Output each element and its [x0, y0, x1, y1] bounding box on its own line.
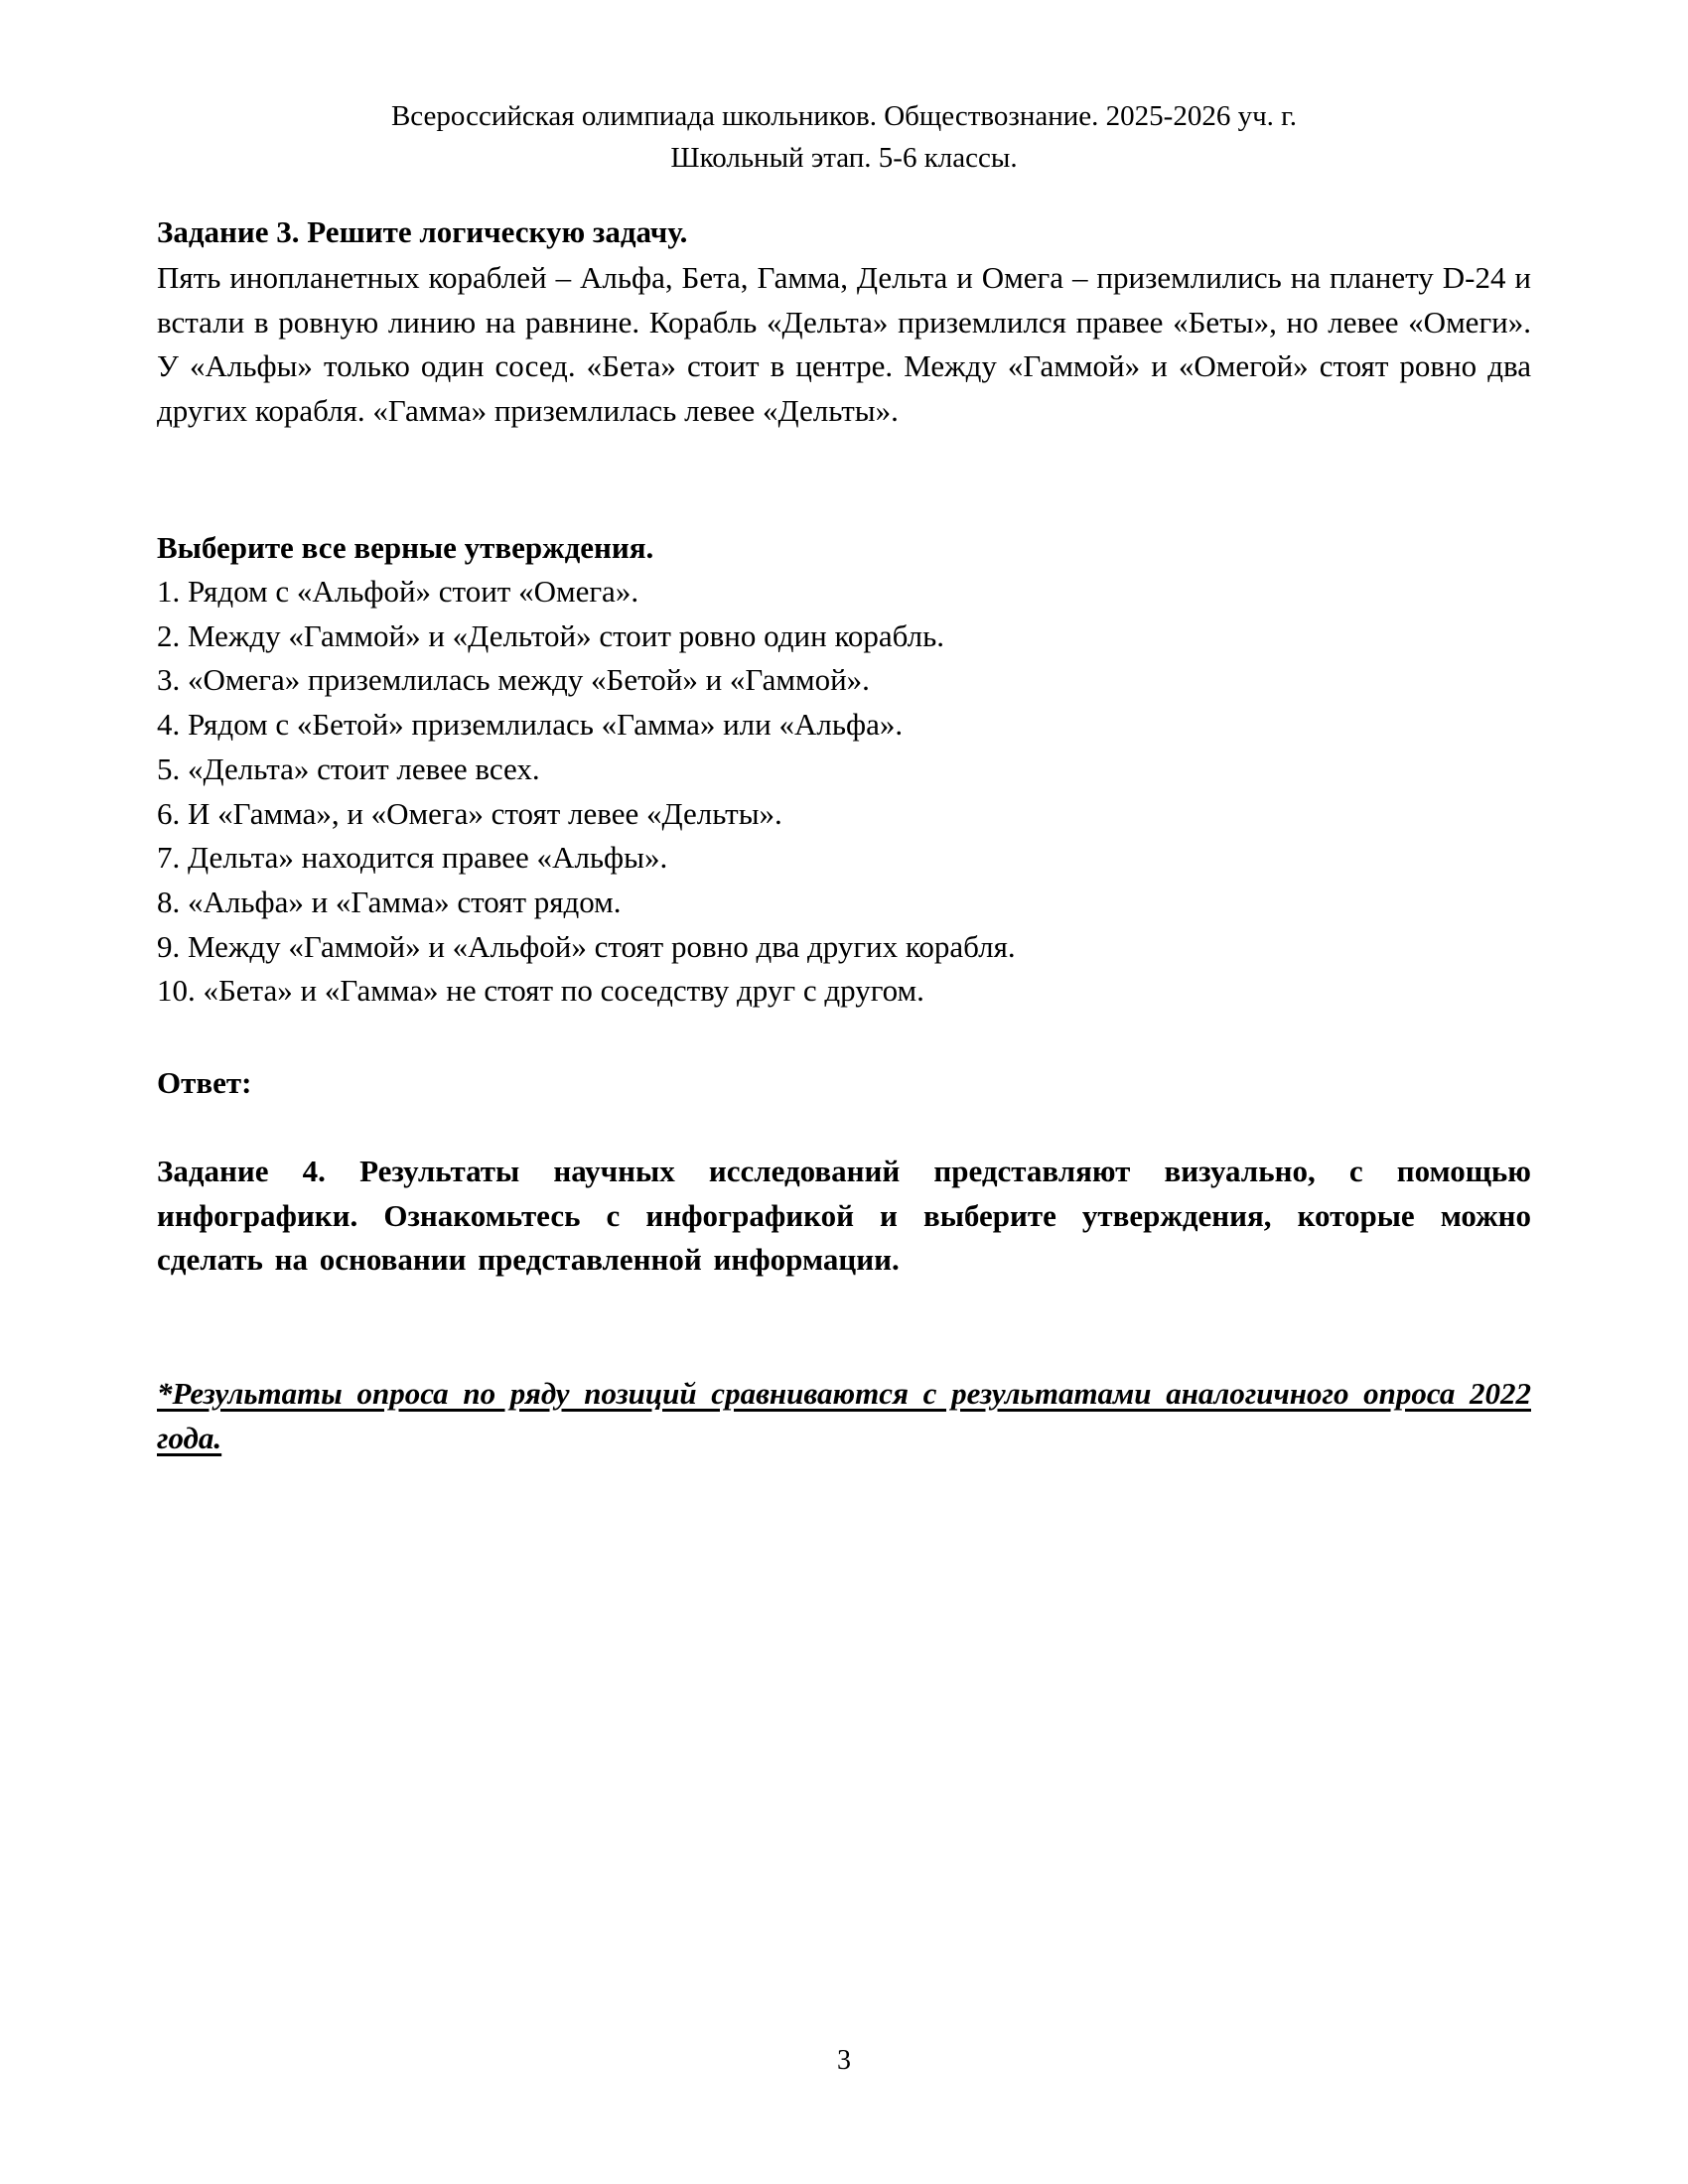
statement-item: 2. Между «Гаммой» и «Дельтой» стоит ровн…: [157, 614, 1016, 659]
statement-item: 4. Рядом с «Бетой» приземлилась «Гамма» …: [157, 703, 1016, 748]
task3-answer-label: Ответ:: [157, 1061, 251, 1105]
statement-item: 3. «Омега» приземлилась между «Бетой» и …: [157, 658, 1016, 703]
task3-title: Задание 3. Решите логическую задачу.: [157, 210, 687, 254]
task4-survey-note: *Результаты опроса по ряду позиций сравн…: [157, 1372, 1531, 1460]
statement-item: 9. Между «Гаммой» и «Альфой» стоят ровно…: [157, 925, 1016, 970]
task4-title: Задание 4. Результаты научных исследован…: [157, 1150, 1531, 1283]
page-number: 3: [0, 2041, 1688, 2081]
header-stage-grade: Школьный этап. 5-6 классы.: [157, 137, 1531, 179]
statement-item: 5. «Дельта» стоит левее всех.: [157, 748, 1016, 792]
header-olympiad-title: Всероссийская олимпиада школьников. Обще…: [157, 95, 1531, 137]
task3-statements-list: 1. Рядом с «Альфой» стоит «Омега». 2. Ме…: [157, 570, 1016, 1014]
statement-item: 10. «Бета» и «Гамма» не стоят по соседст…: [157, 969, 1016, 1014]
statement-item: 1. Рядом с «Альфой» стоит «Омега».: [157, 570, 1016, 614]
page-header: Всероссийская олимпиада школьников. Обще…: [157, 95, 1531, 179]
statement-item: 7. Дельта» находится правее «Альфы».: [157, 836, 1016, 881]
statement-item: 8. «Альфа» и «Гамма» стоят рядом.: [157, 881, 1016, 925]
statement-item: 6. И «Гамма», и «Омега» стоят левее «Дел…: [157, 792, 1016, 837]
task3-problem-text: Пять инопланетных кораблей – Альфа, Бета…: [157, 256, 1531, 433]
task3-choose-instruction: Выберите все верные утверждения.: [157, 526, 653, 570]
